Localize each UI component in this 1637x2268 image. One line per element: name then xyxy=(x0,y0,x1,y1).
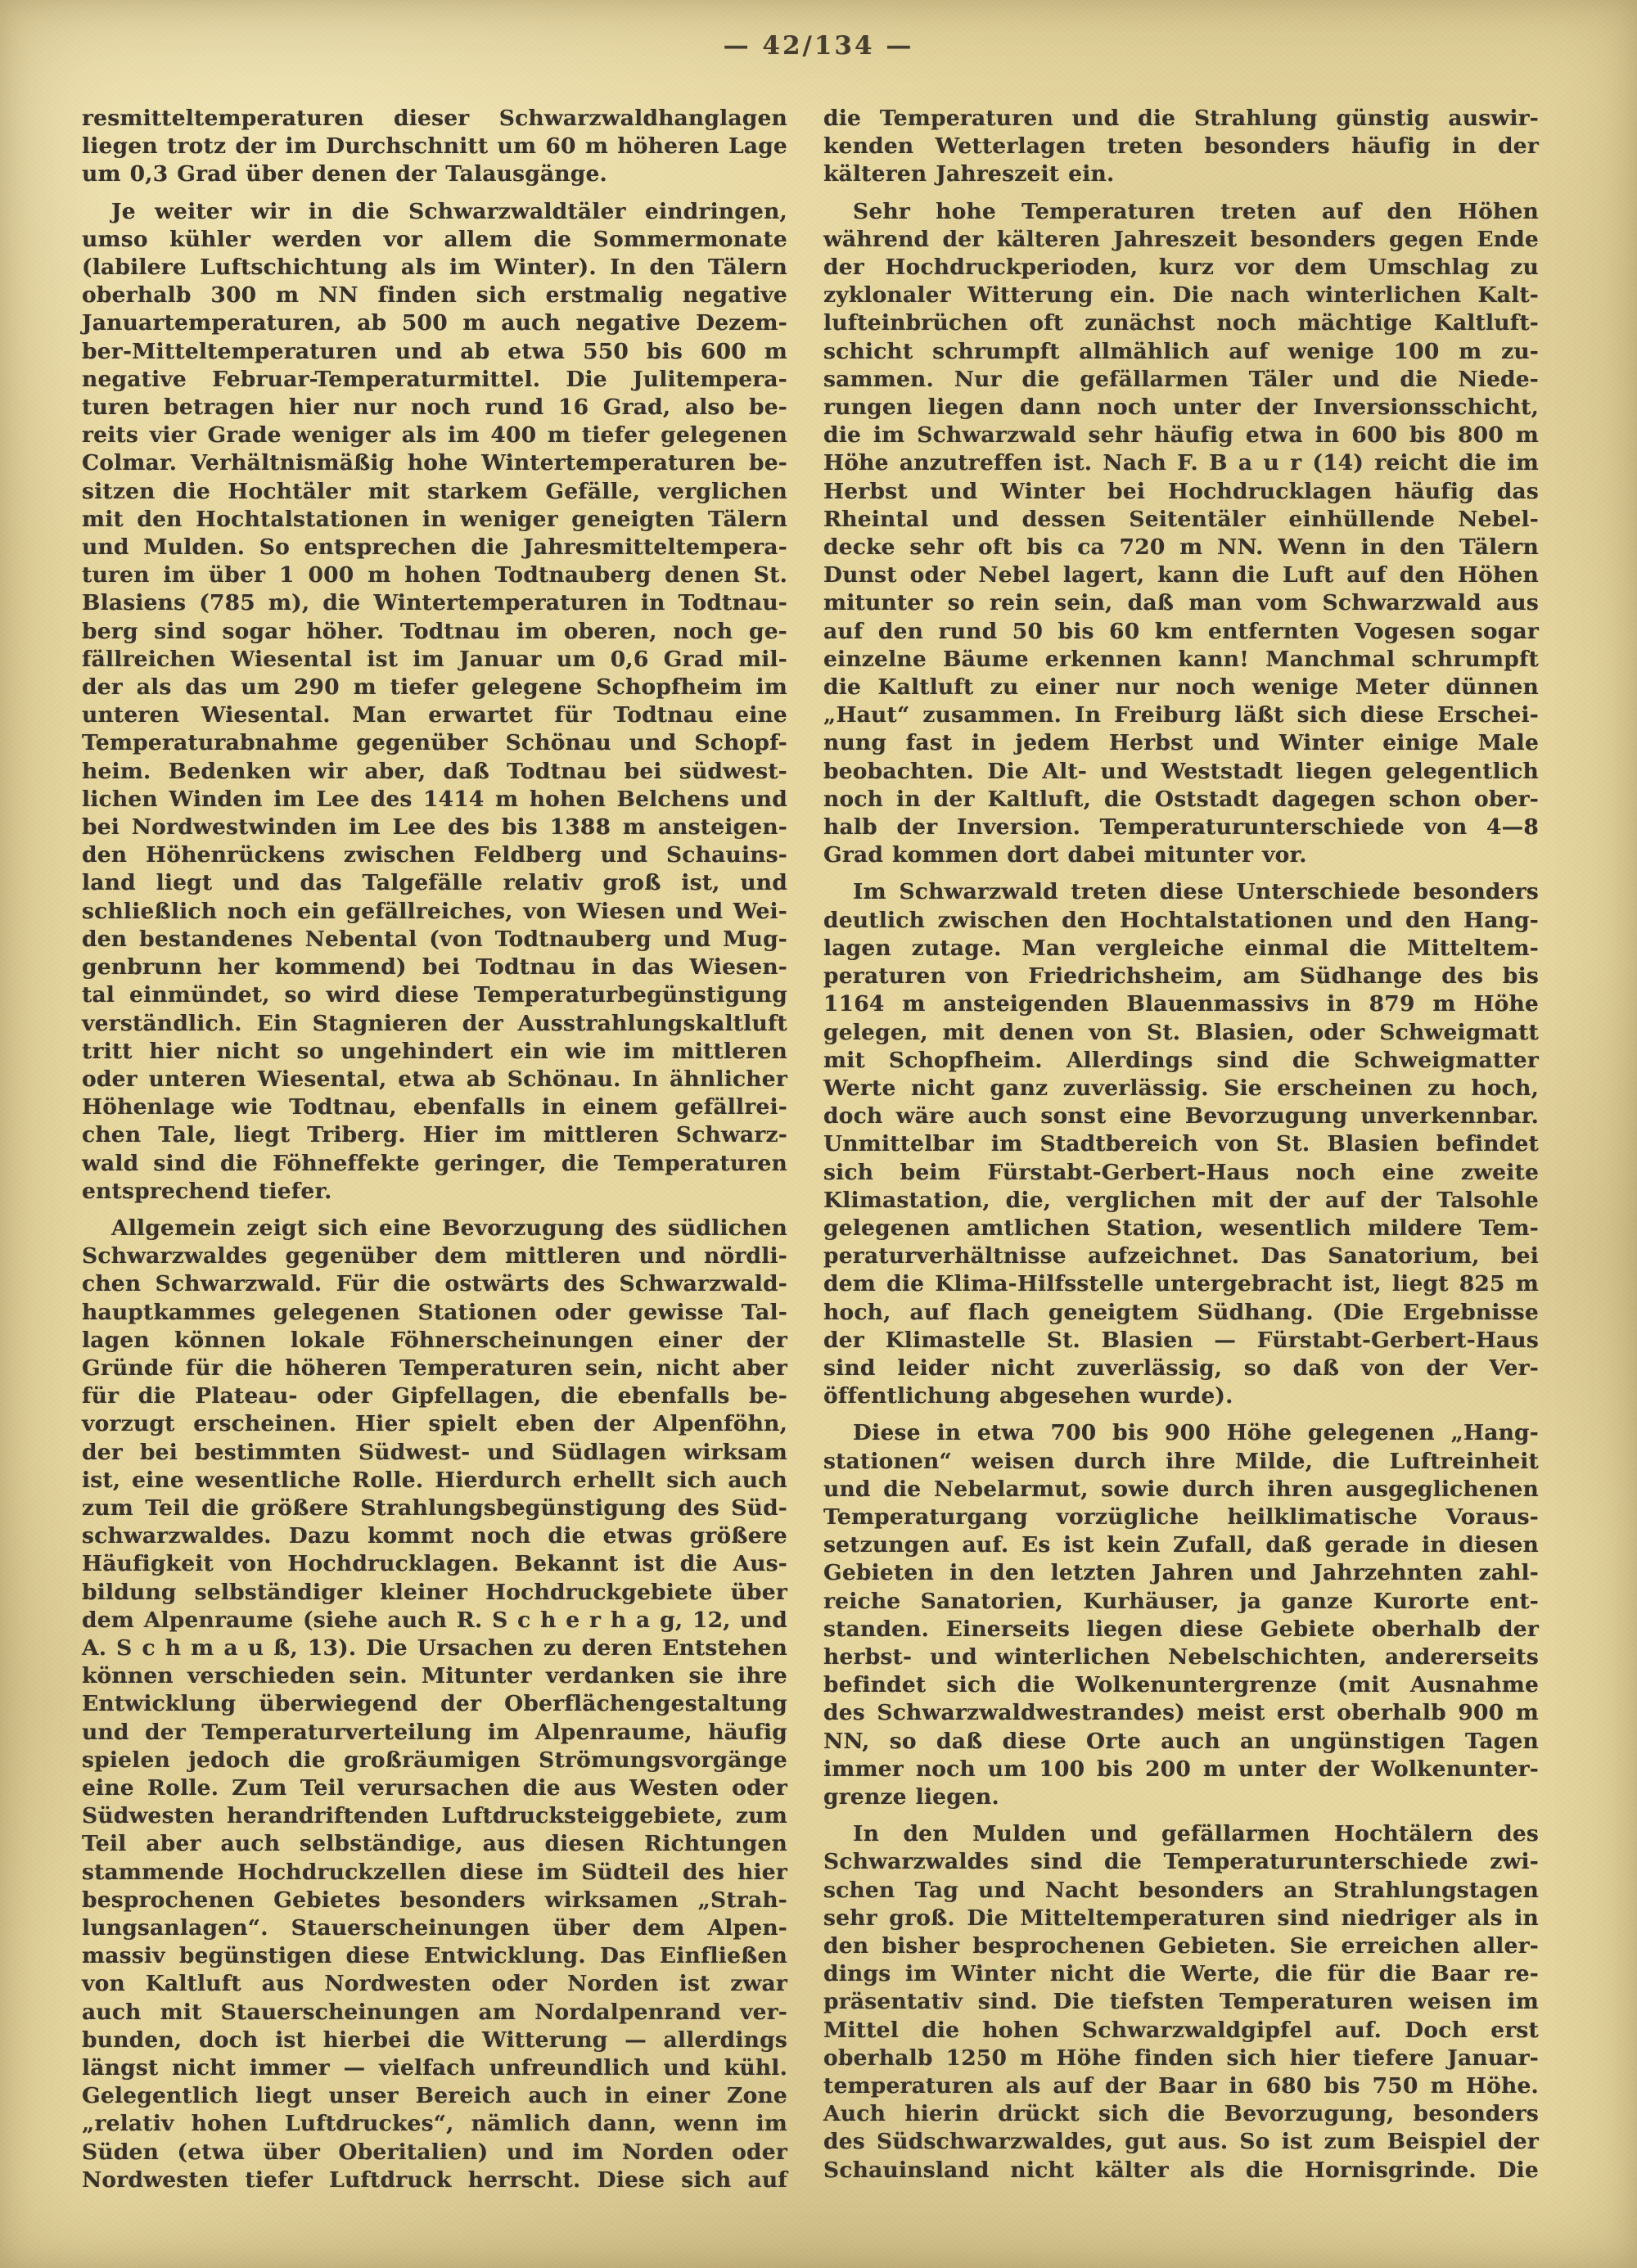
text-line: präsentativ sind. Die tiefsten Temperatu… xyxy=(823,1988,1539,2016)
text-line: sammen. Nur die gefällarmen Täler und di… xyxy=(823,366,1539,394)
text-line: turen betragen hier nur noch rund 16 Gra… xyxy=(82,394,787,422)
text-line: Klimastation, die, verglichen mit der au… xyxy=(823,1187,1539,1215)
text-line: den bestandenes Nebental (von Todtnauber… xyxy=(82,926,787,954)
text-line: mit Schopfheim. Allerdings sind die Schw… xyxy=(823,1047,1539,1075)
text-line: rungen liegen dann noch unter der Invers… xyxy=(823,394,1539,422)
text-line: besprochenen Gebietes besonders wirksame… xyxy=(82,1887,787,1914)
text-line: sind leider nicht zuverlässig, so daß vo… xyxy=(823,1355,1539,1382)
text-line: bunden, doch ist hierbei die Witterung —… xyxy=(82,2027,787,2054)
text-line: negative Februar-Temperaturmittel. Die J… xyxy=(82,366,787,394)
text-line: chen Tale, liegt Triberg. Hier im mittle… xyxy=(82,1121,787,1149)
text-line: Im Schwarzwald treten diese Unterschiede… xyxy=(823,878,1539,906)
text-line: peraturen von Friedrichsheim, am Südhang… xyxy=(823,963,1539,990)
text-line: Entwicklung überwiegend der Oberflächeng… xyxy=(82,1690,787,1718)
text-line: und die Nebelarmut, sowie durch ihren au… xyxy=(823,1476,1539,1504)
text-line: stammende Hochdruckzellen diese im Südte… xyxy=(82,1859,787,1887)
text-line: „Haut“ zusammen. In Freiburg läßt sich d… xyxy=(823,701,1539,729)
text-line: auch mit Stauerscheinungen am Nordalpenr… xyxy=(82,1999,787,2027)
text-line: den bisher besprochenen Gebieten. Sie er… xyxy=(823,1932,1539,1960)
text-line: beobachten. Die Alt- und Weststadt liege… xyxy=(823,758,1539,786)
text-line: halb der Inversion. Temperaturunterschie… xyxy=(823,814,1539,841)
text-line: tritt hier nicht so ungehindert ein wie … xyxy=(82,1038,787,1066)
text-line: heim. Bedenken wir aber, daß Todtnau bei… xyxy=(82,758,787,786)
text-line: immer noch um 100 bis 200 m unter der Wo… xyxy=(823,1756,1539,1783)
text-line: schließlich noch ein gefällreiches, von … xyxy=(82,898,787,926)
text-line: Höhenlage wie Todtnau, ebenfalls in eine… xyxy=(82,1093,787,1121)
text-column-left: resmitteltemperaturen dieser Schwarzwald… xyxy=(82,105,787,2194)
text-line: berg sind sogar höher. Todtnau im oberen… xyxy=(82,618,787,646)
text-line: Blasiens (785 m), die Wintertemperaturen… xyxy=(82,589,787,617)
text-line: lagen zutage. Man vergleiche einmal die … xyxy=(823,935,1539,963)
paragraph: Sehr hohe Temperaturen treten auf den Hö… xyxy=(823,198,1539,870)
text-line: oder unteren Wiesental, etwa ab Schönau.… xyxy=(82,1066,787,1093)
text-line: Südwesten herandriftenden Luftdrucksteig… xyxy=(82,1802,787,1830)
paragraph: In den Mulden und gefällarmen Hochtälern… xyxy=(823,1820,1539,2185)
text-line: sehr groß. Die Mitteltemperaturen sind n… xyxy=(823,1905,1539,1932)
text-line: resmitteltemperaturen dieser Schwarzwald… xyxy=(82,105,787,133)
text-line: Colmar. Verhältnismäßig hohe Wintertempe… xyxy=(82,449,787,477)
text-line: lungsanlagen“. Stauerscheinungen über de… xyxy=(82,1914,787,1942)
text-line: stationen“ weisen durch ihre Milde, die … xyxy=(823,1448,1539,1476)
text-line: Januartemperaturen, ab 500 m auch negati… xyxy=(82,309,787,337)
text-line: Nordwesten tiefer Luftdruck herrscht. Di… xyxy=(82,2167,787,2194)
text-line: kenden Wetterlagen treten besonders häuf… xyxy=(823,133,1539,160)
text-line: Süden (etwa über Oberitalien) und im Nor… xyxy=(82,2139,787,2167)
text-line: Gebieten in den letzten Jahren und Jahrz… xyxy=(823,1559,1539,1587)
text-line: die Kaltluft zu einer nur noch wenige Me… xyxy=(823,674,1539,701)
text-line: Mittel die hohen Schwarzwaldgipfel auf. … xyxy=(823,2017,1539,2045)
text-line: (labilere Luftschichtung als im Winter).… xyxy=(82,254,787,282)
text-line: Höhe anzutreffen ist. Nach F. B a u r (1… xyxy=(823,449,1539,477)
text-line: oberhalb 1250 m Höhe finden sich hier ti… xyxy=(823,2045,1539,2072)
text-line: öffentlichung abgesehen wurde). xyxy=(823,1382,1539,1410)
text-line: Rheintal und dessen Seitentäler einhülle… xyxy=(823,506,1539,534)
text-line: umso kühler werden vor allem die Sommerm… xyxy=(82,226,787,254)
text-line: schen Tag und Nacht besonders an Strahlu… xyxy=(823,1877,1539,1905)
text-line: und Mulden. So entsprechen die Jahresmit… xyxy=(82,534,787,561)
text-line: „relativ hohen Luftdruckes“, nämlich dan… xyxy=(82,2110,787,2138)
paragraph: die Temperaturen und die Strahlung günst… xyxy=(823,105,1539,189)
text-line: hauptkammes gelegenen Stationen oder gew… xyxy=(82,1299,787,1327)
text-line: der Hochdruckperioden, kurz vor dem Umsc… xyxy=(823,254,1539,282)
text-line: genbrunn her kommend) bei Todtnau in das… xyxy=(82,954,787,981)
text-line: auf den rund 50 bis 60 km entfernten Vog… xyxy=(823,618,1539,646)
text-line: lagen können lokale Föhnerscheinungen ei… xyxy=(82,1327,787,1355)
text-line: Temperaturgang vorzügliche heilklimatisc… xyxy=(823,1504,1539,1531)
text-line: unteren Wiesental. Man erwartet für Todt… xyxy=(82,701,787,729)
text-line: sich beim Fürstabt-Gerbert-Haus noch ein… xyxy=(823,1159,1539,1187)
text-line: verständlich. Ein Stagnieren der Ausstra… xyxy=(82,1010,787,1038)
text-line: liegen trotz der im Durchschnitt um 60 m… xyxy=(82,133,787,160)
text-line: um 0,3 Grad über denen der Talausgänge. xyxy=(82,160,787,188)
text-line: der als das um 290 m tiefer gelegene Sch… xyxy=(82,674,787,701)
text-line: von Kaltluft aus Nordwesten oder Norden … xyxy=(82,1970,787,1998)
text-line: kälteren Jahreszeit ein. xyxy=(823,160,1539,188)
text-line: fällreichen Wiesental ist im Januar um 0… xyxy=(82,646,787,674)
text-line: lufteinbrüchen oft zunächst noch mächtig… xyxy=(823,309,1539,337)
text-line: Allgemein zeigt sich eine Bevorzugung de… xyxy=(82,1215,787,1242)
text-line: Häufigkeit von Hochdrucklagen. Bekannt i… xyxy=(82,1550,787,1578)
text-line: bei Nordwestwinden im Lee des bis 1388 m… xyxy=(82,814,787,841)
text-line: Schwarzwaldes gegenüber dem mittleren un… xyxy=(82,1242,787,1270)
text-line: während der kälteren Jahreszeit besonder… xyxy=(823,226,1539,254)
text-line: schwarzwaldes. Dazu kommt noch die etwas… xyxy=(82,1522,787,1550)
scanned-page: { "page": { "page_number": "— 42/134 —",… xyxy=(0,0,1637,2268)
text-line: hoch, auf flach geneigtem Südhang. (Die … xyxy=(823,1299,1539,1327)
text-line: dings im Winter nicht die Werte, die für… xyxy=(823,1960,1539,1988)
text-line: NN, so daß diese Orte auch an ungünstige… xyxy=(823,1728,1539,1756)
text-line: chen Schwarzwald. Für die ostwärts des S… xyxy=(82,1270,787,1298)
text-line: und der Temperaturverteilung im Alpenrau… xyxy=(82,1719,787,1747)
text-line: turen im über 1 000 m hohen Todtnauberg … xyxy=(82,561,787,589)
text-line: doch wäre auch sonst eine Bevorzugung un… xyxy=(823,1102,1539,1130)
text-line: Grad kommen dort dabei mitunter vor. xyxy=(823,841,1539,869)
text-line: gelegen, mit denen von St. Blasien, oder… xyxy=(823,1019,1539,1047)
text-line: noch in der Kaltluft, die Oststadt dageg… xyxy=(823,786,1539,814)
text-line: mit den Hochtalstationen in weniger gene… xyxy=(82,506,787,534)
text-line: der Klimastelle St. Blasien — Fürstabt-G… xyxy=(823,1327,1539,1355)
text-line: Diese in etwa 700 bis 900 Höhe gelegenen… xyxy=(823,1419,1539,1447)
text-column-right: die Temperaturen und die Strahlung günst… xyxy=(823,105,1539,2185)
text-line: einzelne Bäume erkennen kann! Manchmal s… xyxy=(823,646,1539,674)
text-line: können verschieden sein. Mitunter verdan… xyxy=(82,1662,787,1690)
text-line: längst nicht immer — vielfach unfreundli… xyxy=(82,2054,787,2082)
page-number: — 42/134 — xyxy=(0,31,1637,61)
text-line: deutlich zwischen den Hochtalstationen u… xyxy=(823,907,1539,935)
text-line: schicht schrumpft allmählich auf wenige … xyxy=(823,338,1539,366)
text-line: sitzen die Hochtäler mit starkem Gefälle… xyxy=(82,478,787,506)
text-line: befindet sich die Wolkenuntergrenze (mit… xyxy=(823,1671,1539,1699)
text-line: Je weiter wir in die Schwarzwaldtäler ei… xyxy=(82,198,787,226)
text-line: Dunst oder Nebel lagert, kann die Luft a… xyxy=(823,561,1539,589)
text-line: nung fast in jedem Herbst und Winter ein… xyxy=(823,729,1539,757)
text-line: reits vier Grade weniger als im 400 m ti… xyxy=(82,422,787,449)
paragraph: Im Schwarzwald treten diese Unterschiede… xyxy=(823,878,1539,1410)
text-line: wald sind die Föhneffekte geringer, die … xyxy=(82,1150,787,1178)
text-line: spielen jedoch die großräumigen Strömung… xyxy=(82,1747,787,1774)
text-line: Werte nicht ganz zuverlässig. Sie ersche… xyxy=(823,1075,1539,1102)
text-line: bildung selbständiger kleiner Hochdruckg… xyxy=(82,1579,787,1607)
text-line: reiche Sanatorien, Kurhäuser, ja ganze K… xyxy=(823,1588,1539,1616)
text-line: setzungen auf. Es ist kein Zufall, daß g… xyxy=(823,1531,1539,1559)
text-line: die im Schwarzwald sehr häufig etwa in 6… xyxy=(823,422,1539,449)
text-line: Auch hierin drückt sich die Bevorzugung,… xyxy=(823,2100,1539,2128)
text-line: tal einmündet, so wird diese Temperaturb… xyxy=(82,981,787,1009)
text-line: Schwarzwaldes sind die Temperaturuntersc… xyxy=(823,1848,1539,1876)
text-line: Unmittelbar im Stadtbereich von St. Blas… xyxy=(823,1130,1539,1158)
text-line: dem Alpenraume (siehe auch R. S c h e r … xyxy=(82,1607,787,1634)
text-line: entsprechend tiefer. xyxy=(82,1178,787,1206)
text-line: In den Mulden und gefällarmen Hochtälern… xyxy=(823,1820,1539,1848)
text-line: grenze liegen. xyxy=(823,1783,1539,1811)
text-line: zum Teil die größere Strahlungsbegünstig… xyxy=(82,1495,787,1522)
text-line: Schauinsland nicht kälter als die Hornis… xyxy=(823,2157,1539,2185)
text-line: herbst- und winterlichen Nebelschichten,… xyxy=(823,1644,1539,1671)
text-line: 1164 m ansteigenden Blauenmassivs in 879… xyxy=(823,990,1539,1018)
text-line: mitunter so rein sein, daß man vom Schwa… xyxy=(823,589,1539,617)
text-line: gelegenen amtlichen Station, wesentlich … xyxy=(823,1215,1539,1242)
text-line: eine Rolle. Zum Teil verursachen die aus… xyxy=(82,1774,787,1802)
text-line: standen. Einerseits liegen diese Gebiete… xyxy=(823,1616,1539,1644)
text-line: der bei bestimmten Südwest- und Südlagen… xyxy=(82,1439,787,1467)
text-line: zyklonaler Witterung ein. Die nach winte… xyxy=(823,282,1539,309)
text-line: ber-Mitteltemperaturen und ab etwa 550 b… xyxy=(82,338,787,366)
text-line: Sehr hohe Temperaturen treten auf den Hö… xyxy=(823,198,1539,226)
text-line: oberhalb 300 m NN finden sich erstmalig … xyxy=(82,282,787,309)
text-line: des Schwarzwaldwestrandes) meist erst ob… xyxy=(823,1699,1539,1727)
paragraph: Allgemein zeigt sich eine Bevorzugung de… xyxy=(82,1215,787,2194)
text-line: Temperaturabnahme gegenüber Schönau und … xyxy=(82,729,787,757)
text-line: Gründe für die höheren Temperaturen sein… xyxy=(82,1355,787,1382)
text-line: vorzugt erscheinen. Hier spielt eben der… xyxy=(82,1410,787,1438)
text-line: den Höhenrückens zwischen Feldberg und S… xyxy=(82,841,787,869)
text-line: ist, eine wesentliche Rolle. Hierdurch e… xyxy=(82,1467,787,1495)
text-line: des Südschwarzwaldes, gut aus. So ist zu… xyxy=(823,2128,1539,2156)
text-line: peraturverhältnisse aufzeichnet. Das San… xyxy=(823,1242,1539,1270)
text-line: lichen Winden im Lee des 1414 m hohen Be… xyxy=(82,786,787,814)
paragraph: Je weiter wir in die Schwarzwaldtäler ei… xyxy=(82,198,787,1206)
paragraph: Diese in etwa 700 bis 900 Höhe gelegenen… xyxy=(823,1419,1539,1811)
text-line: decke sehr oft bis ca 720 m NN. Wenn in … xyxy=(823,534,1539,561)
text-line: A. S c h m a u ß, 13). Die Ursachen zu d… xyxy=(82,1634,787,1662)
text-line: land liegt und das Talgefälle relativ gr… xyxy=(82,869,787,897)
text-line: massiv begünstigen diese Entwicklung. Da… xyxy=(82,1942,787,1970)
text-line: Teil aber auch selbständige, aus diesen … xyxy=(82,1830,787,1858)
paragraph: resmitteltemperaturen dieser Schwarzwald… xyxy=(82,105,787,189)
text-line: dem die Klima-Hilfsstelle untergebracht … xyxy=(823,1270,1539,1298)
text-line: die Temperaturen und die Strahlung günst… xyxy=(823,105,1539,133)
text-line: Herbst und Winter bei Hochdrucklagen häu… xyxy=(823,478,1539,506)
text-line: temperaturen als auf der Baar in 680 bis… xyxy=(823,2072,1539,2100)
text-line: Gelegentlich liegt unser Bereich auch in… xyxy=(82,2082,787,2110)
text-line: für die Plateau- oder Gipfellagen, die e… xyxy=(82,1382,787,1410)
